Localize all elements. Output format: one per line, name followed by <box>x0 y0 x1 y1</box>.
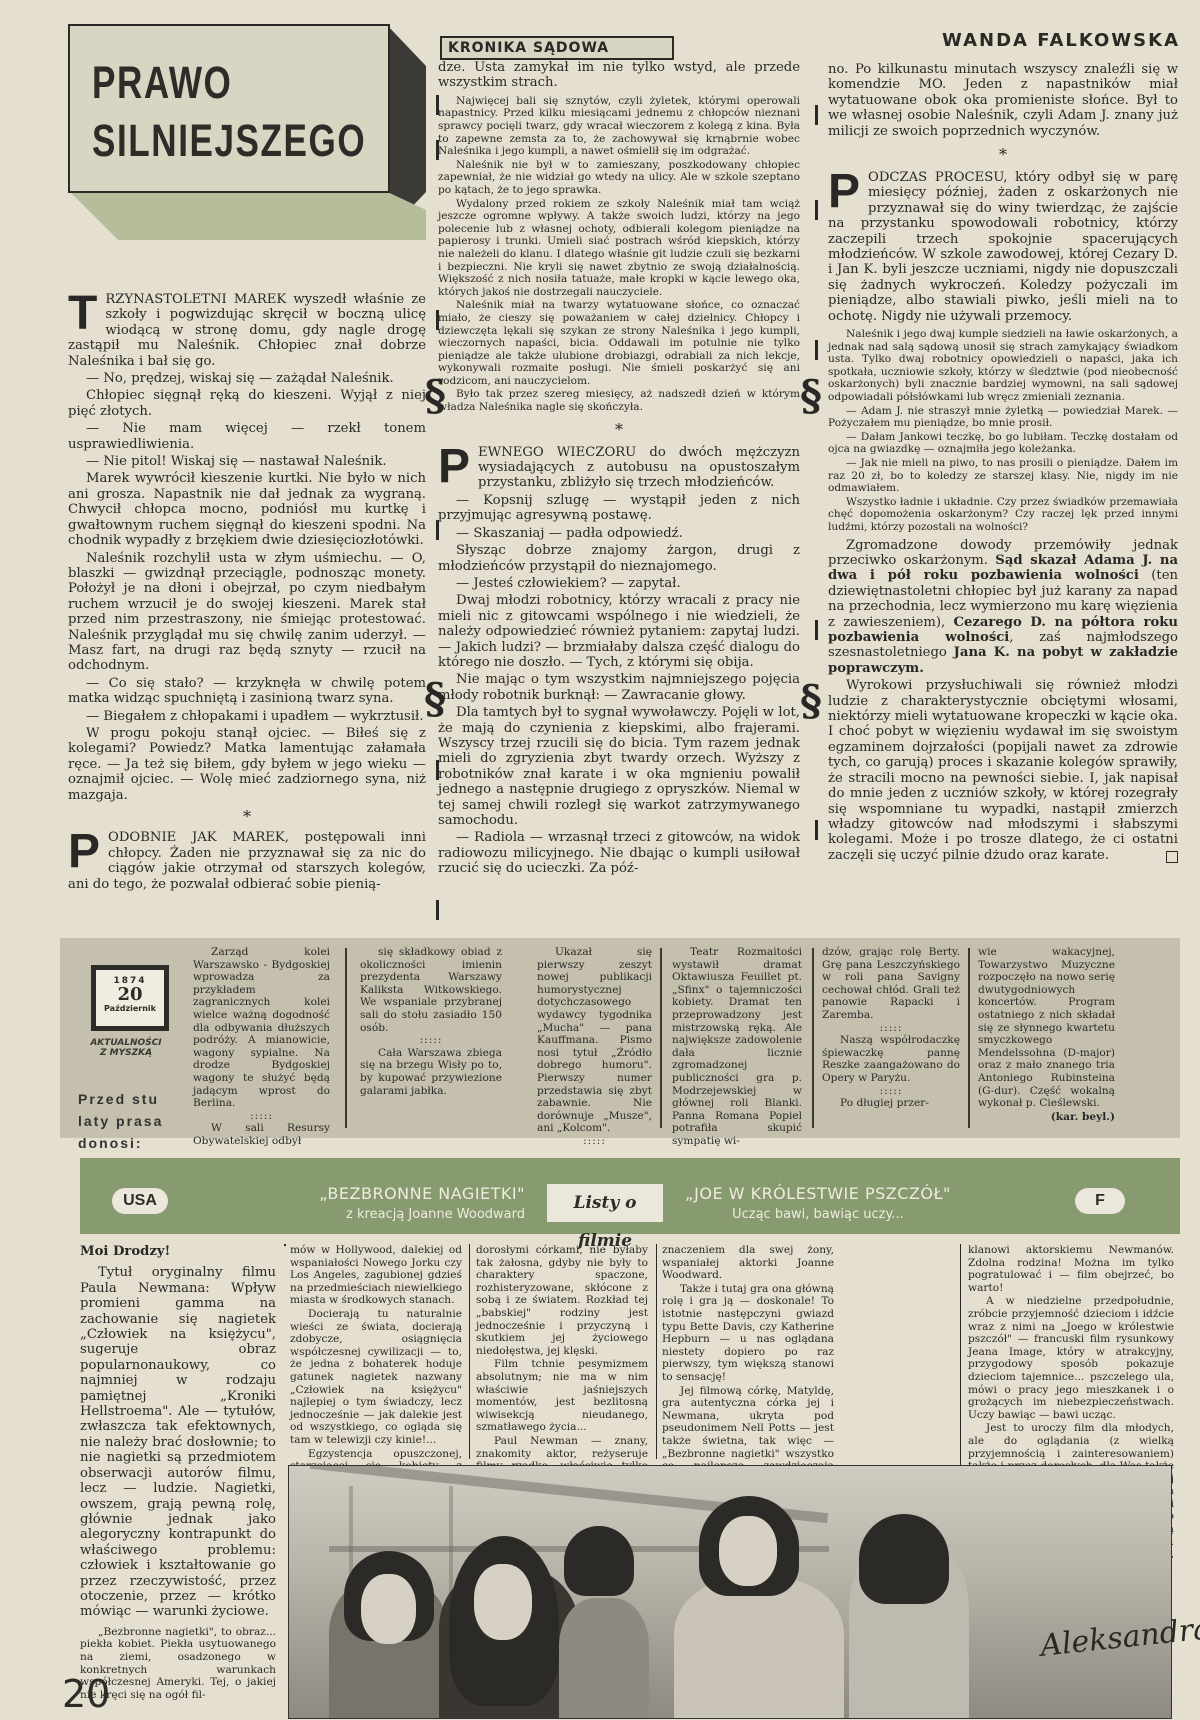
column-rule <box>968 948 970 1128</box>
film2-heading: „JOE W KRÓLESTWIE PSZCZÓŁ" Ucząc bawi, b… <box>685 1184 951 1222</box>
column-rule <box>656 1244 657 1459</box>
film-column-4: znaczeniem dla swej żony, wspaniałej akt… <box>662 1244 834 1485</box>
column-rule <box>812 948 814 1128</box>
verdict-paragraph: Zgromadzone dowody przemówiły jednak prz… <box>828 538 1178 677</box>
history-column-2: się składkowy obiad z okoliczności imien… <box>360 946 502 1097</box>
section-divider: * <box>438 420 800 439</box>
column-rule <box>345 948 347 1128</box>
margin-bar <box>436 95 439 115</box>
history-column-6: wie wakacyjnej, Towarzystwo Muzyczne roz… <box>978 946 1115 1123</box>
film-column-3: dorosłymi córkami, nie byłaby tak żałosn… <box>476 1244 648 1498</box>
title-box: PRAWO SILNIEJSZEGO <box>68 24 390 193</box>
film-column-2: mów w Hollywood, dalekiej od wspaniałośc… <box>290 1244 462 1485</box>
author-name: WANDA FALKOWSKA <box>942 30 1180 51</box>
margin-bar <box>815 105 818 125</box>
country-badge-usa: USA <box>112 1188 168 1214</box>
section-divider: * <box>68 809 426 824</box>
film-banner: USA „BEZBRONNE NAGIETKI" z kreacją Joann… <box>80 1158 1180 1234</box>
margin-bar <box>436 140 439 160</box>
margin-bar <box>436 310 439 330</box>
film-column-1: Moi Drodzy! Tytuł oryginalny filmu Paula… <box>80 1244 276 1701</box>
history-column-3: Ukazał się pierwszy zeszyt nowej publika… <box>537 946 652 1148</box>
article-column-1: TRZYNASTOLETNI MAREK wyszedł właśnie ze … <box>68 292 426 892</box>
paragraph-sign-icon: § <box>800 680 822 722</box>
margin-bar <box>815 200 818 220</box>
greeting: Moi Drodzy! <box>80 1244 276 1259</box>
history-column-4: Teatr Rozmaitości wystawił dramat Oktawi… <box>672 946 802 1148</box>
column-rule <box>284 1244 286 1246</box>
film-still-photo <box>288 1465 1172 1719</box>
article-title: PRAWO SILNIEJSZEGO <box>92 54 366 170</box>
end-of-article-icon <box>1166 851 1178 863</box>
column-rule <box>660 948 662 1128</box>
margin-bar <box>815 820 818 840</box>
drop-cap: P <box>828 172 860 212</box>
drop-cap: T <box>68 294 97 334</box>
margin-bar <box>436 760 439 780</box>
film1-heading: „BEZBRONNE NAGIETKI" z kreacją Joanne Wo… <box>319 1184 525 1222</box>
history-column-1: Zarząd kolei Warszawsko - Bydgoskiej wpr… <box>193 946 330 1148</box>
article-column-2: dze. Usta zamykał im nie tylko wstyd, al… <box>438 60 800 877</box>
margin-bar <box>815 340 818 360</box>
article-lead: TRZYNASTOLETNI MAREK wyszedł właśnie ze … <box>68 292 426 369</box>
history-label: Przed stu laty prasa donosi: <box>78 1088 178 1154</box>
page-number: 20 <box>62 1672 110 1716</box>
title-box-shadow-bottom <box>68 190 426 240</box>
drop-cap: P <box>68 832 100 872</box>
country-badge-france: F <box>1075 1188 1125 1214</box>
magazine-page: PRAWO SILNIEJSZEGO KRONIKA SĄDOWA WANDA … <box>0 0 1200 1720</box>
column-rule <box>469 1244 470 1459</box>
history-column-5: dzów, grając rolę Berty. Grę pana Leszcz… <box>822 946 960 1110</box>
article-column-3: no. Po kilkunastu minutach wszyscy znale… <box>828 62 1178 863</box>
history-band: 1874 20 Październik AKTUALNOŚCI Z MYSZKĄ… <box>60 938 1180 1138</box>
margin-bar <box>436 900 439 920</box>
aktualnosci-logo: AKTUALNOŚCI Z MYSZKĄ <box>90 1038 162 1058</box>
column-label: Listy o filmie <box>547 1184 663 1222</box>
section-label: KRONIKA SĄDOWA <box>440 36 674 60</box>
margin-bar <box>815 620 818 640</box>
section-divider: * <box>828 145 1178 164</box>
paragraph-sign-icon: § <box>800 375 822 417</box>
date-stamp: 1874 20 Październik <box>91 965 169 1031</box>
drop-cap: P <box>438 447 470 487</box>
margin-bar <box>436 520 439 540</box>
